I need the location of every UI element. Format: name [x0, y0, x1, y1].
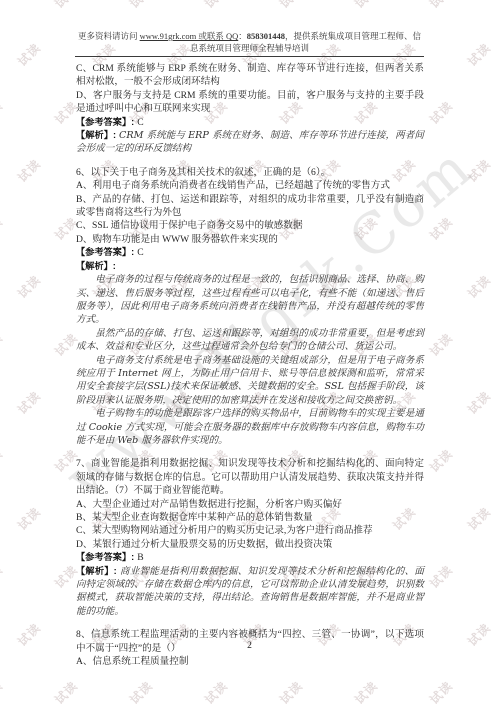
- q7-option-d: D、某银行通过分析大量股票交易的历史数据，做出投资决策: [76, 538, 424, 551]
- q5-analysis-label: 【解析】:: [76, 130, 116, 140]
- trial-watermark-stamp: 试读: [201, 677, 231, 706]
- q7-option-c: C、某大型购物网站通过分析用户的购买历史记录,为客户进行商品推荐: [76, 524, 424, 537]
- q7-analysis-line: 【解析】:商业智能是指利用数据挖掘、知识发现等技术分析和挖掘结构化的、面向特定领…: [76, 565, 424, 619]
- q6-option-a: A、利用电子商务系统向消费者在线销售产品，已经超越了传统的零售方式: [76, 179, 424, 192]
- trial-watermark-stamp: 试读: [51, 677, 81, 706]
- q6-question: 6、以下关于电子商务及其相关技术的叙述，正确的是（6）。: [76, 166, 424, 179]
- header-text-prefix: 更多资料请访问: [78, 31, 140, 41]
- q6-option-d: D、购物车功能是由 WWW 服务器软件来实现的: [76, 233, 424, 246]
- trial-watermark-stamp: 试读: [426, 561, 456, 591]
- q5-analysis-text: CRM 系统能与 ERP 系统在财务、制造、库存等环节进行连接，两者间会形成一定…: [76, 130, 424, 154]
- q5-answer-line: 【参考答案】:C: [76, 116, 424, 129]
- trial-watermark-stamp: 试读: [14, 271, 44, 301]
- trial-watermark-stamp: 试读: [0, 97, 6, 127]
- q6-analysis-para-4: 电子购物车的功能是跟踪客户选择的购买物品中，目前购物车的实现主要是通过 Cook…: [76, 407, 424, 447]
- trial-watermark-stamp: 试读: [426, 213, 456, 243]
- document-page: 试读试读试读试读试读试读试读试读试读试读试读试读试读试读试读试读试读试读试读试读…: [0, 0, 499, 706]
- q7-answer-value: B: [137, 552, 143, 563]
- q7-option-a: A、大型企业通过对产品销售数据进行挖掘，分析客户购买偏好: [76, 498, 424, 511]
- q6-analysis-label-line: 【解析】:: [76, 260, 424, 273]
- document-body: C、CRM 系统能够与 ERP 系统在财务、制造、库存等环节进行连接，但两者关系…: [76, 62, 424, 668]
- trial-watermark-stamp: 试读: [126, 0, 156, 12]
- trial-watermark-stamp: 试读: [276, 0, 306, 12]
- q6-answer-label: 【参考答案】:: [76, 247, 134, 257]
- q6-option-c: C、SSL 通信协议用于保护电子商务交易中的敏感数据: [76, 219, 424, 232]
- page-number: 2: [0, 641, 499, 651]
- q6-analysis-para-2: 虽然产品的存储、打包、运送和跟踪等，对组织的成功非常重要，但是考虑到成本、效益和…: [76, 327, 424, 354]
- trial-watermark-stamp: 试读: [276, 677, 306, 706]
- q5-analysis-line: 【解析】:CRM 系统能与 ERP 系统在财务、制造、库存等环节进行连接，两者间…: [76, 129, 424, 156]
- page-header: 更多资料请访问 www.91grk.com 或联系 QQ：858301448，提…: [75, 31, 424, 54]
- spacer: [76, 156, 424, 166]
- q5-answer-label: 【参考答案】:: [76, 117, 134, 127]
- trial-watermark-stamp: 试读: [426, 97, 456, 127]
- trial-watermark-stamp: 试读: [426, 677, 456, 706]
- q6-answer-value: C: [137, 247, 143, 258]
- trial-watermark-stamp: 试读: [0, 677, 6, 706]
- trial-watermark-stamp: 试读: [0, 561, 6, 591]
- q6-analysis-para-3: 电子商务支付系统是电子商务基础设施的关键组成部分，但是用于电子商务系统应用于 I…: [76, 354, 424, 408]
- spacer: [76, 618, 424, 628]
- q5-option-c: C、CRM 系统能够与 ERP 系统在财务、制造、库存等环节进行连接，但两者关系…: [76, 62, 424, 89]
- trial-watermark-stamp: 试读: [14, 39, 44, 69]
- header-divider: [75, 56, 424, 57]
- trial-watermark-stamp: 试读: [0, 0, 6, 12]
- trial-watermark-stamp: 试读: [426, 445, 456, 475]
- trial-watermark-stamp: 试读: [464, 503, 494, 533]
- trial-watermark-stamp: 试读: [14, 503, 44, 533]
- q8-option-a: A、信息系统工程质量控制: [76, 655, 424, 668]
- q6-analysis-para-1: 电子商务的过程与传统商务的过程是一致的，包括识别商品、选择、协商、购买、递送、售…: [76, 273, 424, 327]
- trial-watermark-stamp: 试读: [14, 155, 44, 185]
- trial-watermark-stamp: 试读: [426, 0, 456, 12]
- q6-answer-line: 【参考答案】:C: [76, 246, 424, 259]
- trial-watermark-stamp: 试读: [0, 445, 6, 475]
- header-site-link[interactable]: www.91grk.com 或联系 QQ: [140, 31, 239, 41]
- trial-watermark-stamp: 试读: [351, 677, 381, 706]
- trial-watermark-stamp: 试读: [14, 387, 44, 417]
- q7-answer-label: 【参考答案】:: [76, 552, 134, 562]
- q5-answer-value: C: [137, 117, 143, 128]
- q7-answer-line: 【参考答案】:B: [76, 551, 424, 564]
- trial-watermark-stamp: 试读: [0, 213, 6, 243]
- q7-question: 7、商业智能是指利用数据挖掘、知识发现等技术分析和挖掘结构化的、面向特定领域的存…: [76, 457, 424, 497]
- trial-watermark-stamp: 试读: [464, 155, 494, 185]
- trial-watermark-stamp: 试读: [126, 677, 156, 706]
- header-colon: ：: [238, 31, 247, 41]
- spacer: [76, 447, 424, 457]
- q7-analysis-label: 【解析】:: [76, 566, 117, 576]
- q7-analysis-text: 商业智能是指利用数据挖掘、知识发现等技术分析和挖掘结构化的、面向特定领域的、存储…: [76, 566, 424, 617]
- trial-watermark-stamp: 试读: [464, 39, 494, 69]
- trial-watermark-stamp: 试读: [464, 271, 494, 301]
- trial-watermark-stamp: 试读: [201, 0, 231, 12]
- trial-watermark-stamp: 试读: [351, 0, 381, 12]
- trial-watermark-stamp: 试读: [426, 329, 456, 359]
- trial-watermark-stamp: 试读: [464, 387, 494, 417]
- q6-analysis-label: 【解析】:: [76, 261, 116, 271]
- trial-watermark-stamp: 试读: [0, 329, 6, 359]
- q5-option-d: D、客户服务与支持是 CRM 系统的重要功能。目前，客户服务与支持的主要手段是通…: [76, 89, 424, 116]
- header-qq-number: 858301448: [247, 31, 285, 41]
- q6-option-b: B、产品的存储、打包、运送和跟踪等，对组织的成功非常重要，几乎没有制造商或零售商…: [76, 193, 424, 220]
- trial-watermark-stamp: 试读: [51, 0, 81, 12]
- q7-option-b: B、某大型企业查询数据仓库中某种产品的总体销售数量: [76, 511, 424, 524]
